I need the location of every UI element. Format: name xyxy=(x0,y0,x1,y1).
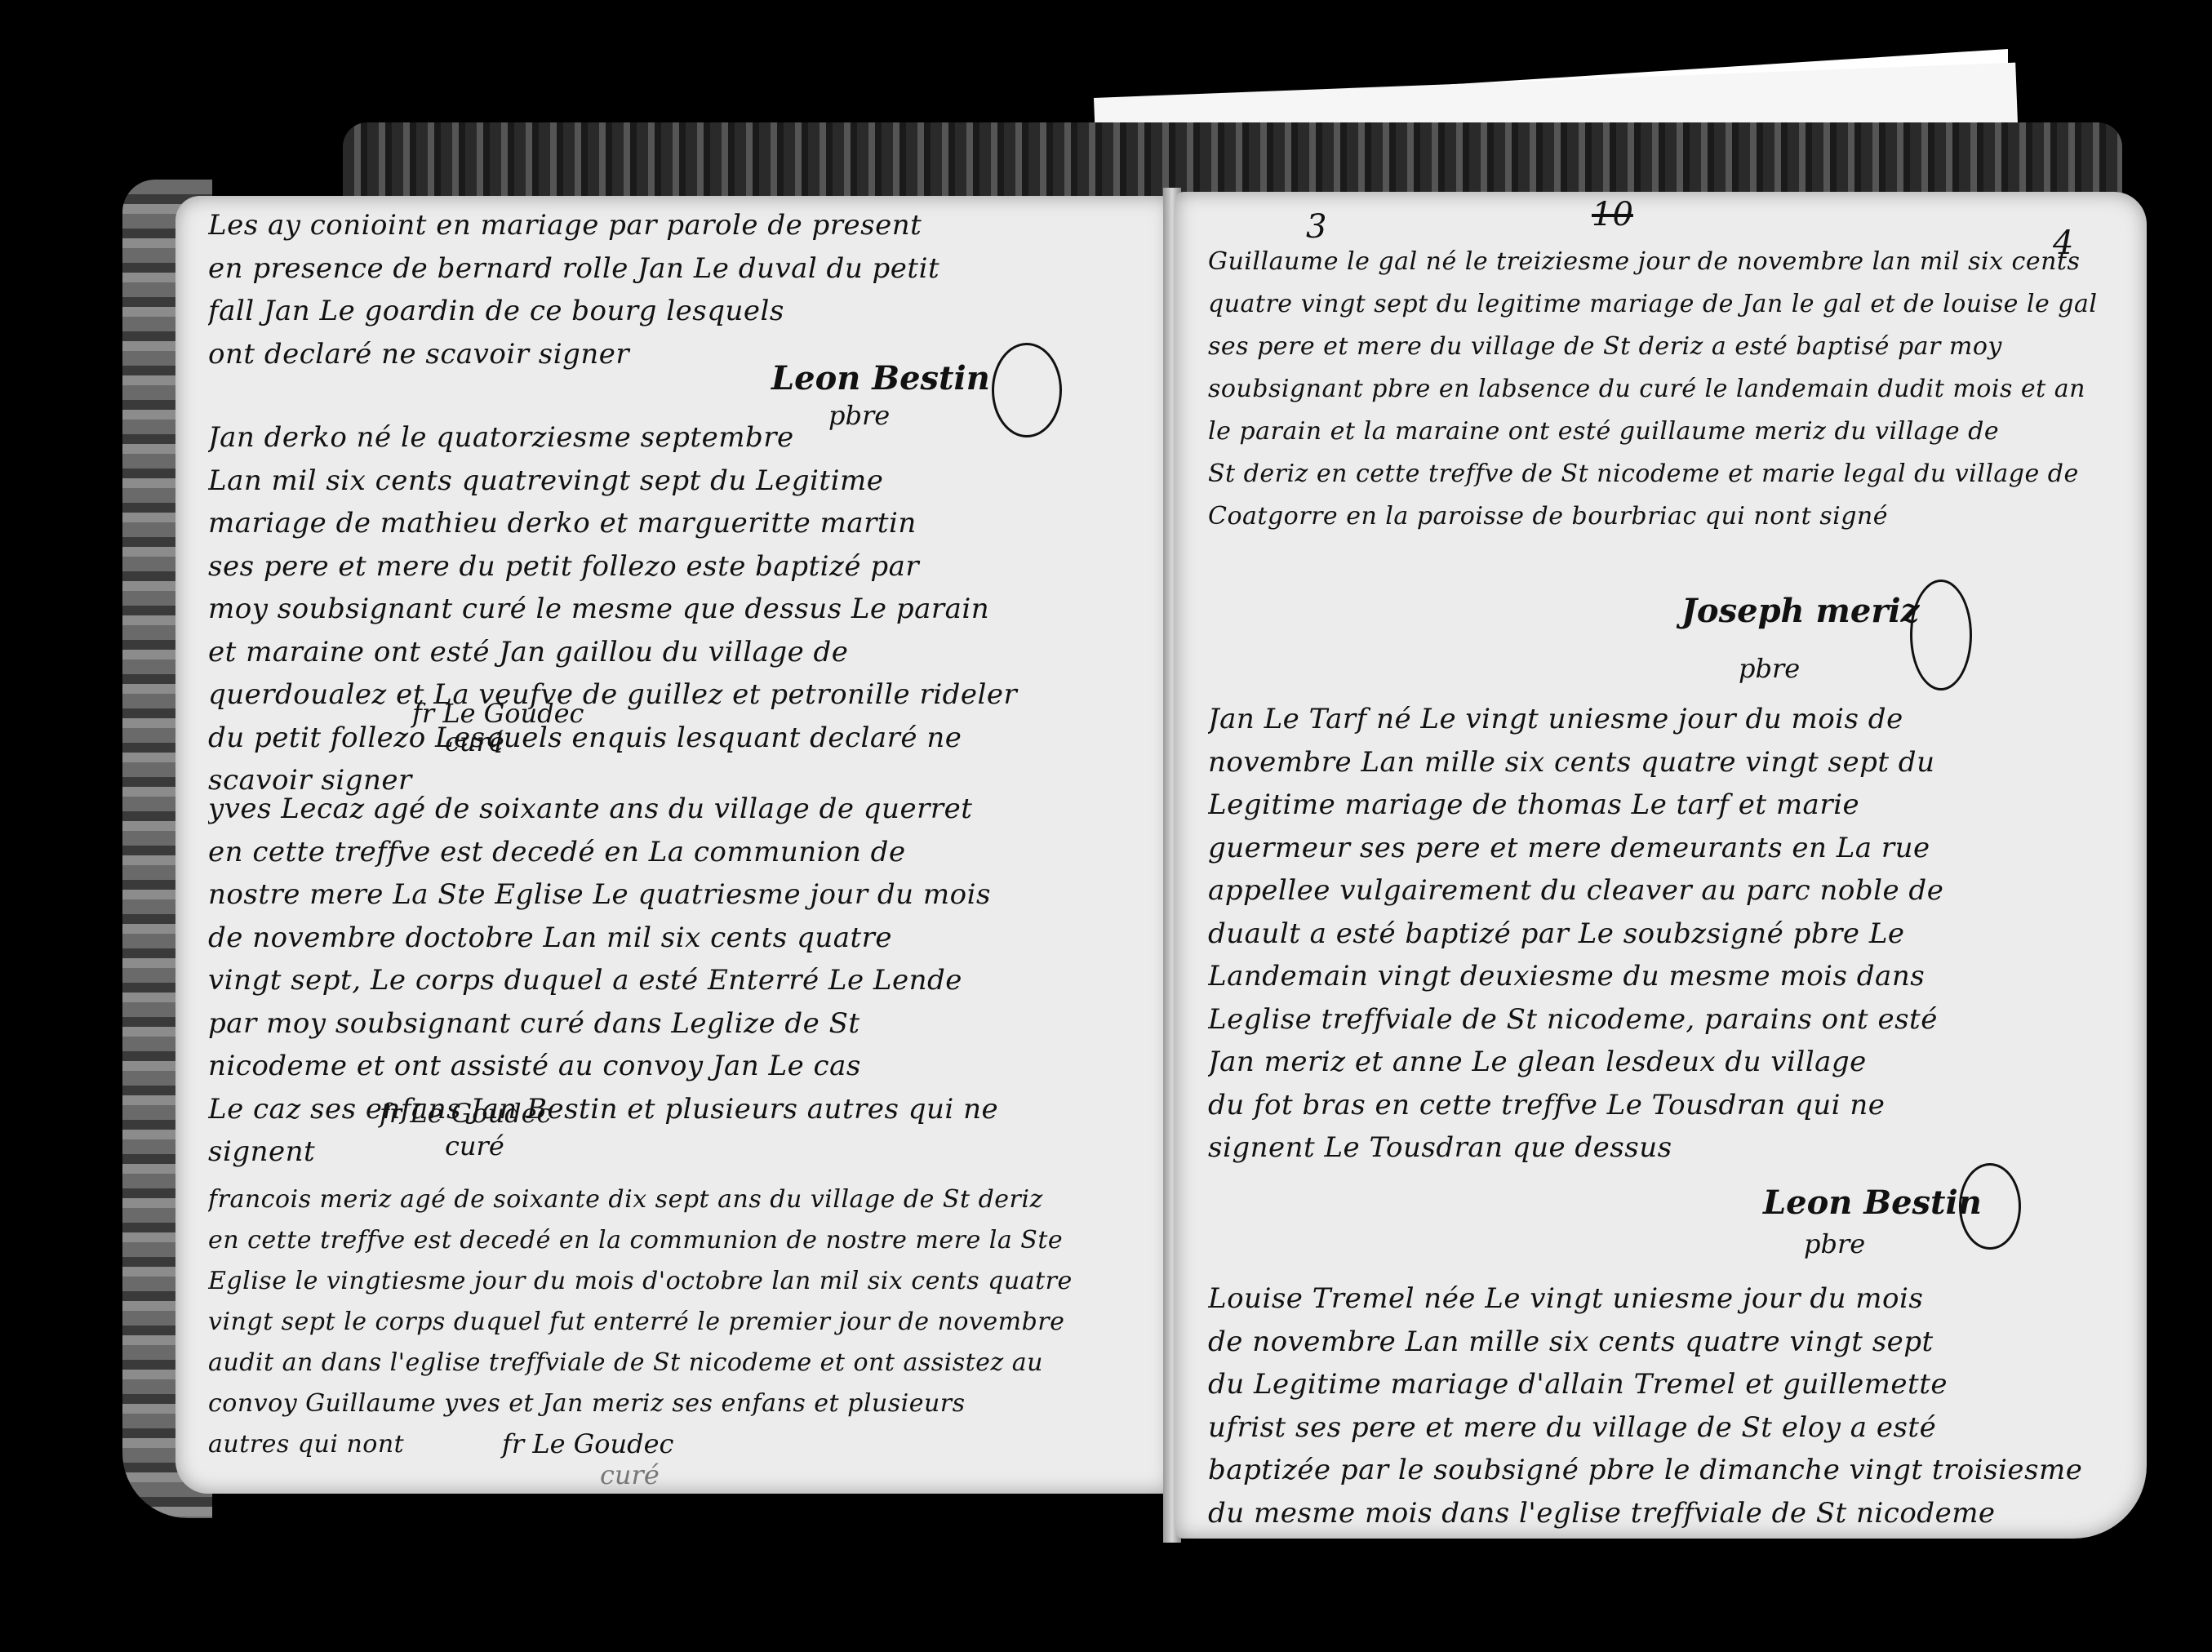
text-line: francois meriz agé de soixante dix sept … xyxy=(208,1179,1139,1220)
text-line: novembre Lan mille six cents quatre ving… xyxy=(1208,741,2114,784)
signature-le-goudec: fr Le Goudec xyxy=(502,1428,673,1459)
text-line: en cette treffve est decedé en la commun… xyxy=(208,1220,1139,1261)
text-line: ses pere et mere du petit follezo este b… xyxy=(208,545,1139,588)
text-line: Lan mil six cents quatrevingt sept du Le… xyxy=(208,460,1139,503)
text-line: guermeur ses pere et mere demeurants en … xyxy=(1208,827,2114,870)
text-line: St deriz en cette treffve de St nicodeme… xyxy=(1208,453,2114,495)
text-line: en cette treffve est decedé en La commun… xyxy=(208,831,1139,874)
text-line: du mesme mois dans l'eglise treffviale d… xyxy=(1208,1492,2114,1535)
text-line: le parain et la maraine ont esté guillau… xyxy=(1208,411,2114,453)
text-line: fall Jan Le goardin de ce bourg lesquels xyxy=(208,290,1139,333)
signature-joseph-meriz: Joseph meriz xyxy=(1681,592,1919,630)
signature-title: pbre xyxy=(1804,1228,1865,1259)
text-line: Landemain vingt deuxiesme du mesme mois … xyxy=(1208,955,2114,998)
text-line: en presence de bernard rolle Jan Le duva… xyxy=(208,247,1139,291)
text-line: de novembre Lan mille six cents quatre v… xyxy=(1208,1321,2114,1364)
entry-burial-yves-lecaz: yves Lecaz agé de soixante ans du villag… xyxy=(208,788,1139,1174)
text-line: nostre mere La Ste Eglise Le quatriesme … xyxy=(208,873,1139,917)
signature-flourish-icon xyxy=(1910,580,1972,691)
text-line: moy soubsignant curé le mesme que dessus… xyxy=(208,588,1139,631)
text-line: du Legitime mariage d'allain Tremel et g… xyxy=(1208,1363,2114,1406)
folio-mark-center: 10 xyxy=(1592,196,1633,233)
text-line: de novembre doctobre Lan mil six cents q… xyxy=(208,917,1139,960)
text-line: du petit follezo Lesquels enquis lesquan… xyxy=(208,717,1139,760)
signature-flourish-icon xyxy=(1959,1163,2021,1250)
text-line: duault a esté baptizé par Le soubzsigné … xyxy=(1208,913,2114,956)
entry-burial-francois-meriz: francois meriz agé de soixante dix sept … xyxy=(208,1179,1139,1465)
text-line: soubsignant pbre en labsence du curé le … xyxy=(1208,368,2114,411)
text-line: par moy soubsignant curé dans Leglize de… xyxy=(208,1002,1139,1046)
text-line: Legitime mariage de thomas Le tarf et ma… xyxy=(1208,784,2114,827)
text-line: Le caz ses enfans Jan Bestin et plusieur… xyxy=(208,1088,1139,1131)
entry-baptism-jan-letarf: Jan Le Tarf né Le vingt uniesme jour du … xyxy=(1208,698,2114,1170)
left-page: Les ay conioint en mariage par parole de… xyxy=(175,196,1171,1494)
signature-le-goudec: fr Le Goudec xyxy=(380,1098,551,1129)
entry-baptism-louise-tremel: Louise Tremel née Le vingt uniesme jour … xyxy=(1208,1277,2114,1534)
right-page: 3 10 4 Guillaume le gal né le treiziesme… xyxy=(1175,192,2147,1539)
text-line: Eglise le vingtiesme jour du mois d'octo… xyxy=(208,1261,1139,1302)
text-line: audit an dans l'eglise treffviale de St … xyxy=(208,1343,1139,1383)
text-line: du fot bras en cette treffve Le Tousdran… xyxy=(1208,1084,2114,1127)
entry-baptism-jan-derko: Jan derko né le quatorziesme septembre L… xyxy=(208,416,1139,802)
text-line: Jan derko né le quatorziesme septembre xyxy=(208,416,1139,460)
text-line: baptizée par le soubsigné pbre le dimanc… xyxy=(1208,1449,2114,1492)
text-line: signent xyxy=(208,1130,1139,1174)
text-line: Guillaume le gal né le treiziesme jour d… xyxy=(1208,241,2114,283)
entry-marriage-fragment: Les ay conioint en mariage par parole de… xyxy=(208,204,1139,375)
text-line: yves Lecaz agé de soixante ans du villag… xyxy=(208,788,1139,831)
text-line: Leglise treffviale de St nicodeme, parai… xyxy=(1208,998,2114,1041)
text-line: vingt sept, Le corps duquel a esté Enter… xyxy=(208,959,1139,1002)
entry-baptism-guillaume-legal: Guillaume le gal né le treiziesme jour d… xyxy=(1208,241,2114,538)
signature-leon-bestin: Leon Bestin xyxy=(771,359,990,397)
text-line: mariage de mathieu derko et margueritte … xyxy=(208,502,1139,545)
text-line: nicodeme et ont assisté au convoy Jan Le… xyxy=(208,1045,1139,1088)
signature-le-goudec: fr Le Goudec xyxy=(412,698,584,729)
text-line: convoy Guillaume yves et Jan meriz ses e… xyxy=(208,1383,1139,1424)
text-line: Jan meriz et anne Le glean lesdeux du vi… xyxy=(1208,1041,2114,1084)
text-line: quatre vingt sept du legitime mariage de… xyxy=(1208,283,2114,326)
signature-title: curé xyxy=(445,726,504,757)
text-line: signent Le Tousdran que dessus xyxy=(1208,1126,2114,1170)
signature-title: curé xyxy=(600,1459,660,1490)
signature-title: curé xyxy=(445,1130,504,1161)
signature-title: pbre xyxy=(1739,653,1800,684)
text-line: Jan Le Tarf né Le vingt uniesme jour du … xyxy=(1208,698,2114,741)
text-line: querdoualez et La veufve de guillez et p… xyxy=(208,673,1139,717)
text-line: vingt sept le corps duquel fut enterré l… xyxy=(208,1302,1139,1343)
text-line: ses pere et mere du village de St deriz … xyxy=(1208,326,2114,368)
text-line: appellee vulgairement du cleaver au parc… xyxy=(1208,869,2114,913)
text-line: Coatgorre en la paroisse de bourbriac qu… xyxy=(1208,495,2114,538)
text-line: ufrist ses pere et mere du village de St… xyxy=(1208,1406,2114,1450)
text-line: Louise Tremel née Le vingt uniesme jour … xyxy=(1208,1277,2114,1321)
text-line: et maraine ont esté Jan gaillou du villa… xyxy=(208,631,1139,674)
text-line: Les ay conioint en mariage par parole de… xyxy=(208,204,1139,247)
signature-leon-bestin: Leon Bestin xyxy=(1763,1183,1982,1222)
